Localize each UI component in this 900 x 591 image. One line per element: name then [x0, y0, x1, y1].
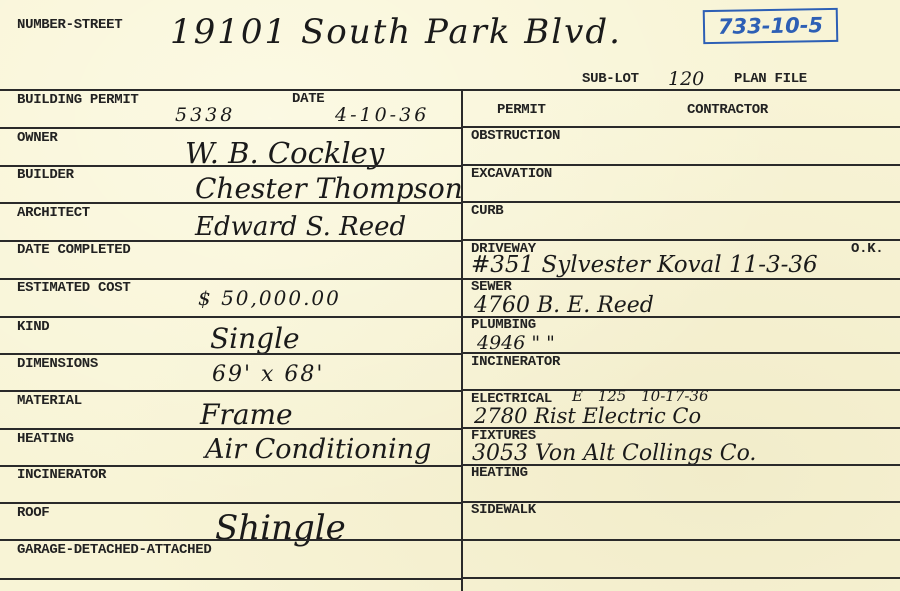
- fixtures-entry: 3053 Von Alt Collings Co.: [472, 441, 756, 466]
- date-value: 4-10-36: [335, 104, 429, 126]
- sewer-entry: 4760 B. E. Reed: [474, 293, 654, 318]
- number-street-label: NUMBER-STREET: [17, 17, 122, 33]
- obstruction-label: OBSTRUCTION: [471, 128, 560, 144]
- curb-label: CURB: [471, 203, 503, 219]
- heating-value: Air Conditioning: [205, 434, 431, 465]
- architect-value: Edward S. Reed: [195, 212, 406, 242]
- electrical-entry: 2780 Rist Electric Co: [474, 404, 701, 428]
- plan-file-label: PLAN FILE: [734, 71, 807, 87]
- driveway-entry: #351 Sylvester Koval 11-3-36: [471, 252, 818, 278]
- roof-label: ROOF: [17, 505, 49, 521]
- material-value: Frame: [200, 398, 293, 431]
- estimated-cost-value: $ 50,000.00: [198, 286, 341, 310]
- electrical-note: E 125 10-17-36: [572, 387, 709, 405]
- plumbing-label: PLUMBING: [471, 317, 536, 333]
- sidewalk-label: SIDEWALK: [471, 502, 536, 518]
- estimated-cost-label: ESTIMATED COST: [17, 280, 130, 296]
- sub-lot-label: SUB-LOT: [582, 71, 639, 87]
- builder-label: BUILDER: [17, 167, 74, 183]
- address-value: 19101 South Park Blvd.: [170, 12, 622, 52]
- sub-lot-value: 120: [668, 68, 704, 90]
- dimensions-label: DIMENSIONS: [17, 356, 98, 372]
- incinerator-label: INCINERATOR: [17, 467, 106, 483]
- stamp-number: 733-10-5: [703, 8, 839, 44]
- garage-label: GARAGE-DETACHED-ATTACHED: [17, 542, 211, 558]
- incinerator-permit-label: INCINERATOR: [471, 354, 560, 370]
- roof-value: Shingle: [215, 508, 346, 548]
- permit-card: NUMBER-STREET 19101 South Park Blvd. 733…: [0, 0, 900, 591]
- material-label: MATERIAL: [17, 393, 82, 409]
- owner-label: OWNER: [17, 130, 58, 146]
- kind-label: KIND: [17, 319, 49, 335]
- contractor-column-header: CONTRACTOR: [687, 102, 768, 118]
- heating-permit-label: HEATING: [471, 465, 528, 481]
- heating-label: HEATING: [17, 431, 74, 447]
- date-label: DATE: [292, 91, 324, 107]
- building-permit-label: BUILDING PERMIT: [17, 92, 139, 108]
- plumbing-entry: 4946 " ": [477, 332, 555, 354]
- date-completed-label: DATE COMPLETED: [17, 242, 130, 258]
- permit-column-header: PERMIT: [497, 102, 546, 118]
- driveway-ok-note: O.K.: [851, 241, 883, 257]
- architect-label: ARCHITECT: [17, 205, 90, 221]
- excavation-label: EXCAVATION: [471, 166, 552, 182]
- kind-value: Single: [210, 322, 300, 355]
- building-permit-value: 5338: [175, 104, 235, 126]
- builder-value: Chester Thompson: [195, 172, 463, 205]
- dimensions-value: 69' x 68': [212, 362, 324, 387]
